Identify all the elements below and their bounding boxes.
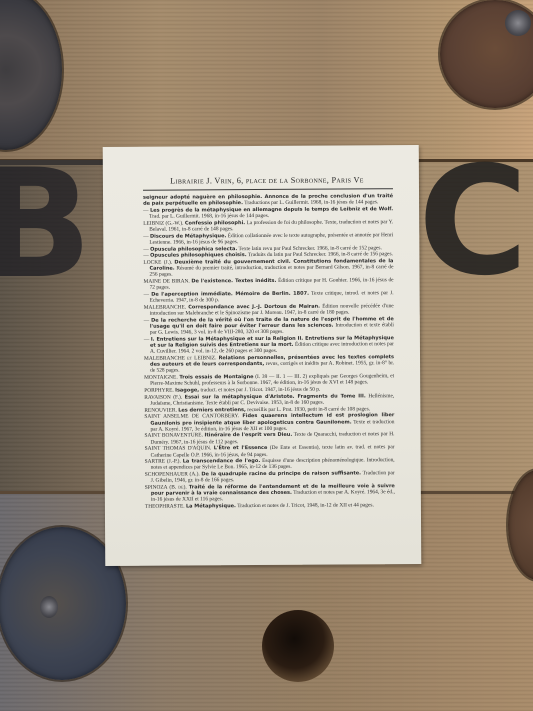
metal-rod (0, 160, 105, 165)
catalog-entry: MONTAIGNE. Trois essais de Montaigne (I.… (144, 373, 394, 387)
catalog-entry: THEOPHRASTE. La Métaphysique. Traduction… (145, 502, 395, 510)
entry-author: PORPHYRE. (144, 388, 174, 394)
entry-author: — (143, 208, 148, 214)
entry-author: — (144, 337, 149, 343)
catalog-entry: SAINT THOMAS D'AQUIN. L'Être et l'Essenc… (145, 445, 395, 459)
entry-author: — (143, 246, 148, 252)
catalog-entry: MALEBRANCHE. Correspondance avec J.-J. D… (144, 303, 394, 317)
catalog-entry: RAVAISON (F.). Essai sur la métaphysique… (144, 393, 394, 407)
entry-author: — (144, 292, 149, 298)
entry-title: La Métaphysique. (186, 503, 236, 509)
entry-title: De l'existence. Textes inédits. (191, 278, 276, 285)
entry-details: recueillis par L. Prat. 1930, petit in-8… (247, 406, 370, 413)
catalog-entry: LEIBNIZ (G.-W.). Confessio philosophi. L… (143, 219, 393, 233)
bolt-icon (505, 10, 531, 36)
entry-title: Les derniers entretiens, (178, 407, 246, 413)
catalog-entry: SPINOZA (B. de). Traité de la réforme de… (145, 483, 395, 503)
entry-details: Texte latin revu par Paul Schrecker. 196… (239, 245, 382, 252)
catalog-entry: seigneur adopté naguère en philosophie. … (143, 193, 393, 207)
book-back-cover: Librairie J. Vrin, 6, place de la Sorbon… (103, 145, 422, 566)
entry-title: Opuscula philosophica selecta. (150, 246, 237, 253)
entry-details: Traductions par L. Guillermit. 1968, in-… (244, 199, 378, 206)
entry-author: THEOPHRASTE. (145, 504, 185, 510)
entry-title: De l'aperception immédiate. Mémoire de B… (151, 291, 309, 298)
catalog-entry: SCHOPENHAUER (A.). De la quadruple racin… (145, 470, 395, 484)
drilled-hole (262, 610, 334, 682)
catalog-entry: — De l'aperception immédiate. Mémoire de… (144, 290, 394, 304)
catalog-entry: MALEBRANCHE et LEIBNIZ. Relations person… (144, 354, 394, 374)
entry-title: Opuscules philosophiques choisis. (150, 252, 247, 259)
catalog-entry: — Discours de Métaphysique. Édition coll… (143, 232, 393, 246)
catalog-entry: SARTRE (J.-P.). La transcendance de l'eg… (145, 457, 395, 471)
entry-author: — (143, 233, 148, 239)
header-rule (143, 188, 393, 191)
catalog-entry: — I. Entretiens sur la Métaphysique et s… (144, 335, 394, 355)
entry-author: — (144, 318, 149, 324)
catalog-entry: SAINT ANSELME DE CANTORBERY. Fides quaer… (144, 413, 394, 433)
publisher-header: Librairie J. Vrin, 6, place de la Sorbon… (137, 175, 397, 186)
catalog-entry: — De la recherche de la vérité où l'on t… (144, 316, 394, 336)
entry-title: De la quadruple racine du principe de ra… (201, 471, 361, 478)
entry-author: — (143, 253, 148, 259)
entry-details: Résumé du premier traité, introduction, … (149, 264, 393, 278)
catalog-entry: MAINE DE BIRAN. De l'existence. Textes i… (144, 277, 394, 291)
stencil-letter-b: B (0, 150, 38, 300)
entry-title: Itinéraire de l'esprit vers Dieu. (204, 432, 292, 439)
entry-title: Les progrès de la métaphysique en allema… (150, 206, 393, 213)
catalog-list: seigneur adopté naguère en philosophie. … (143, 193, 395, 510)
catalog-entry: LOCKE (J.). Deuxième traité du gouvernem… (143, 258, 393, 278)
stencil-letter-c: C (418, 152, 498, 292)
bolt-icon (40, 596, 58, 618)
entry-title: Isagoge, (175, 387, 199, 393)
photo-scene: B C Librairie J. Vrin, 6, place de la So… (0, 0, 533, 711)
entry-author: RENOUVIER. (144, 407, 177, 413)
entry-details: Traduction et notes de J. Tricot, 1948, … (237, 502, 374, 509)
entry-details: traduct. et notes par J. Tricot. 1947, i… (201, 387, 321, 394)
catalog-entry: — Les progrès de la métaphysique en alle… (143, 206, 393, 220)
entry-details: Trad. par L. Guillermit. 1968, in-16 jés… (149, 213, 269, 220)
